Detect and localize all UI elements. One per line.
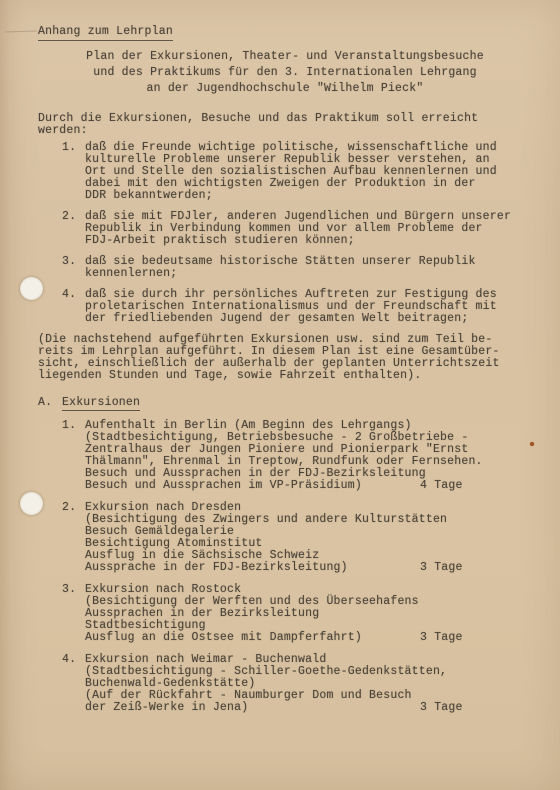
hole-punch-top bbox=[20, 277, 43, 300]
hole-punch-bottom bbox=[20, 492, 43, 515]
excursion-text: Exkursion nach Weimar - Buchenwald (Stad… bbox=[85, 654, 447, 714]
section-label: A. bbox=[38, 397, 62, 411]
excursion-days: 3 Tage bbox=[420, 632, 463, 644]
goal-text: daß sie mit FDJler, anderen Jugendlichen… bbox=[85, 211, 511, 247]
goal-item: 3. daß sie bedeutsame historische Stätte… bbox=[62, 256, 532, 280]
excursion-number: 4. bbox=[62, 654, 85, 714]
goal-text: daß sie durch ihr persönliches Auftreten… bbox=[85, 289, 497, 325]
section-heading: A. Exkursionen bbox=[38, 397, 532, 411]
document-subtitle: Plan der Exkursionen, Theater- und Veran… bbox=[38, 49, 532, 97]
excursion-text: Exkursion nach Rostock (Besichtigung der… bbox=[85, 584, 419, 644]
document-title-text: Anhang zum Lehrplan bbox=[38, 26, 173, 41]
goal-number: 1. bbox=[62, 142, 85, 202]
excursion-item-berlin: 1. Aufenthalt in Berlin (Am Beginn des L… bbox=[62, 420, 532, 492]
goal-number: 2. bbox=[62, 211, 85, 247]
excursion-item-rostock: 3. Exkursion nach Rostock (Besichtigung … bbox=[62, 584, 532, 644]
excursion-text: Exkursion nach Dresden (Besichtigung des… bbox=[85, 502, 447, 574]
goal-item: 1. daß die Freunde wichtige politische, … bbox=[62, 142, 532, 202]
goal-number: 3. bbox=[62, 256, 85, 280]
excursion-number: 2. bbox=[62, 502, 85, 574]
goal-item: 4. daß sie durch ihr persönliches Auftre… bbox=[62, 289, 532, 325]
intro-lead: Durch die Exkursionen, Besuche und das P… bbox=[38, 113, 532, 137]
section-title: Exkursionen bbox=[62, 397, 140, 411]
excursion-number: 3. bbox=[62, 584, 85, 644]
scanned-document-page: Anhang zum Lehrplan Plan der Exkursionen… bbox=[0, 0, 560, 790]
document-content: Anhang zum Lehrplan Plan der Exkursionen… bbox=[0, 0, 560, 714]
goal-number: 4. bbox=[62, 289, 85, 325]
goal-item: 2. daß sie mit FDJler, anderen Jugendlic… bbox=[62, 211, 532, 247]
excursion-item-dresden: 2. Exkursion nach Dresden (Besichtigung … bbox=[62, 502, 532, 574]
excursion-days: 3 Tage bbox=[420, 702, 463, 714]
excursion-item-weimar-buchenwald: 4. Exkursion nach Weimar - Buchenwald (S… bbox=[62, 654, 532, 714]
goal-text: daß die Freunde wichtige politische, wis… bbox=[85, 142, 497, 202]
note-paragraph: (Die nachstehend aufgeführten Exkursione… bbox=[38, 334, 532, 382]
excursion-days: 4 Tage bbox=[420, 480, 463, 492]
goal-text: daß sie bedeutsame historische Stätten u… bbox=[85, 256, 476, 280]
excursion-number: 1. bbox=[62, 420, 85, 492]
excursion-days: 3 Tage bbox=[420, 562, 463, 574]
document-title: Anhang zum Lehrplan bbox=[38, 26, 532, 41]
